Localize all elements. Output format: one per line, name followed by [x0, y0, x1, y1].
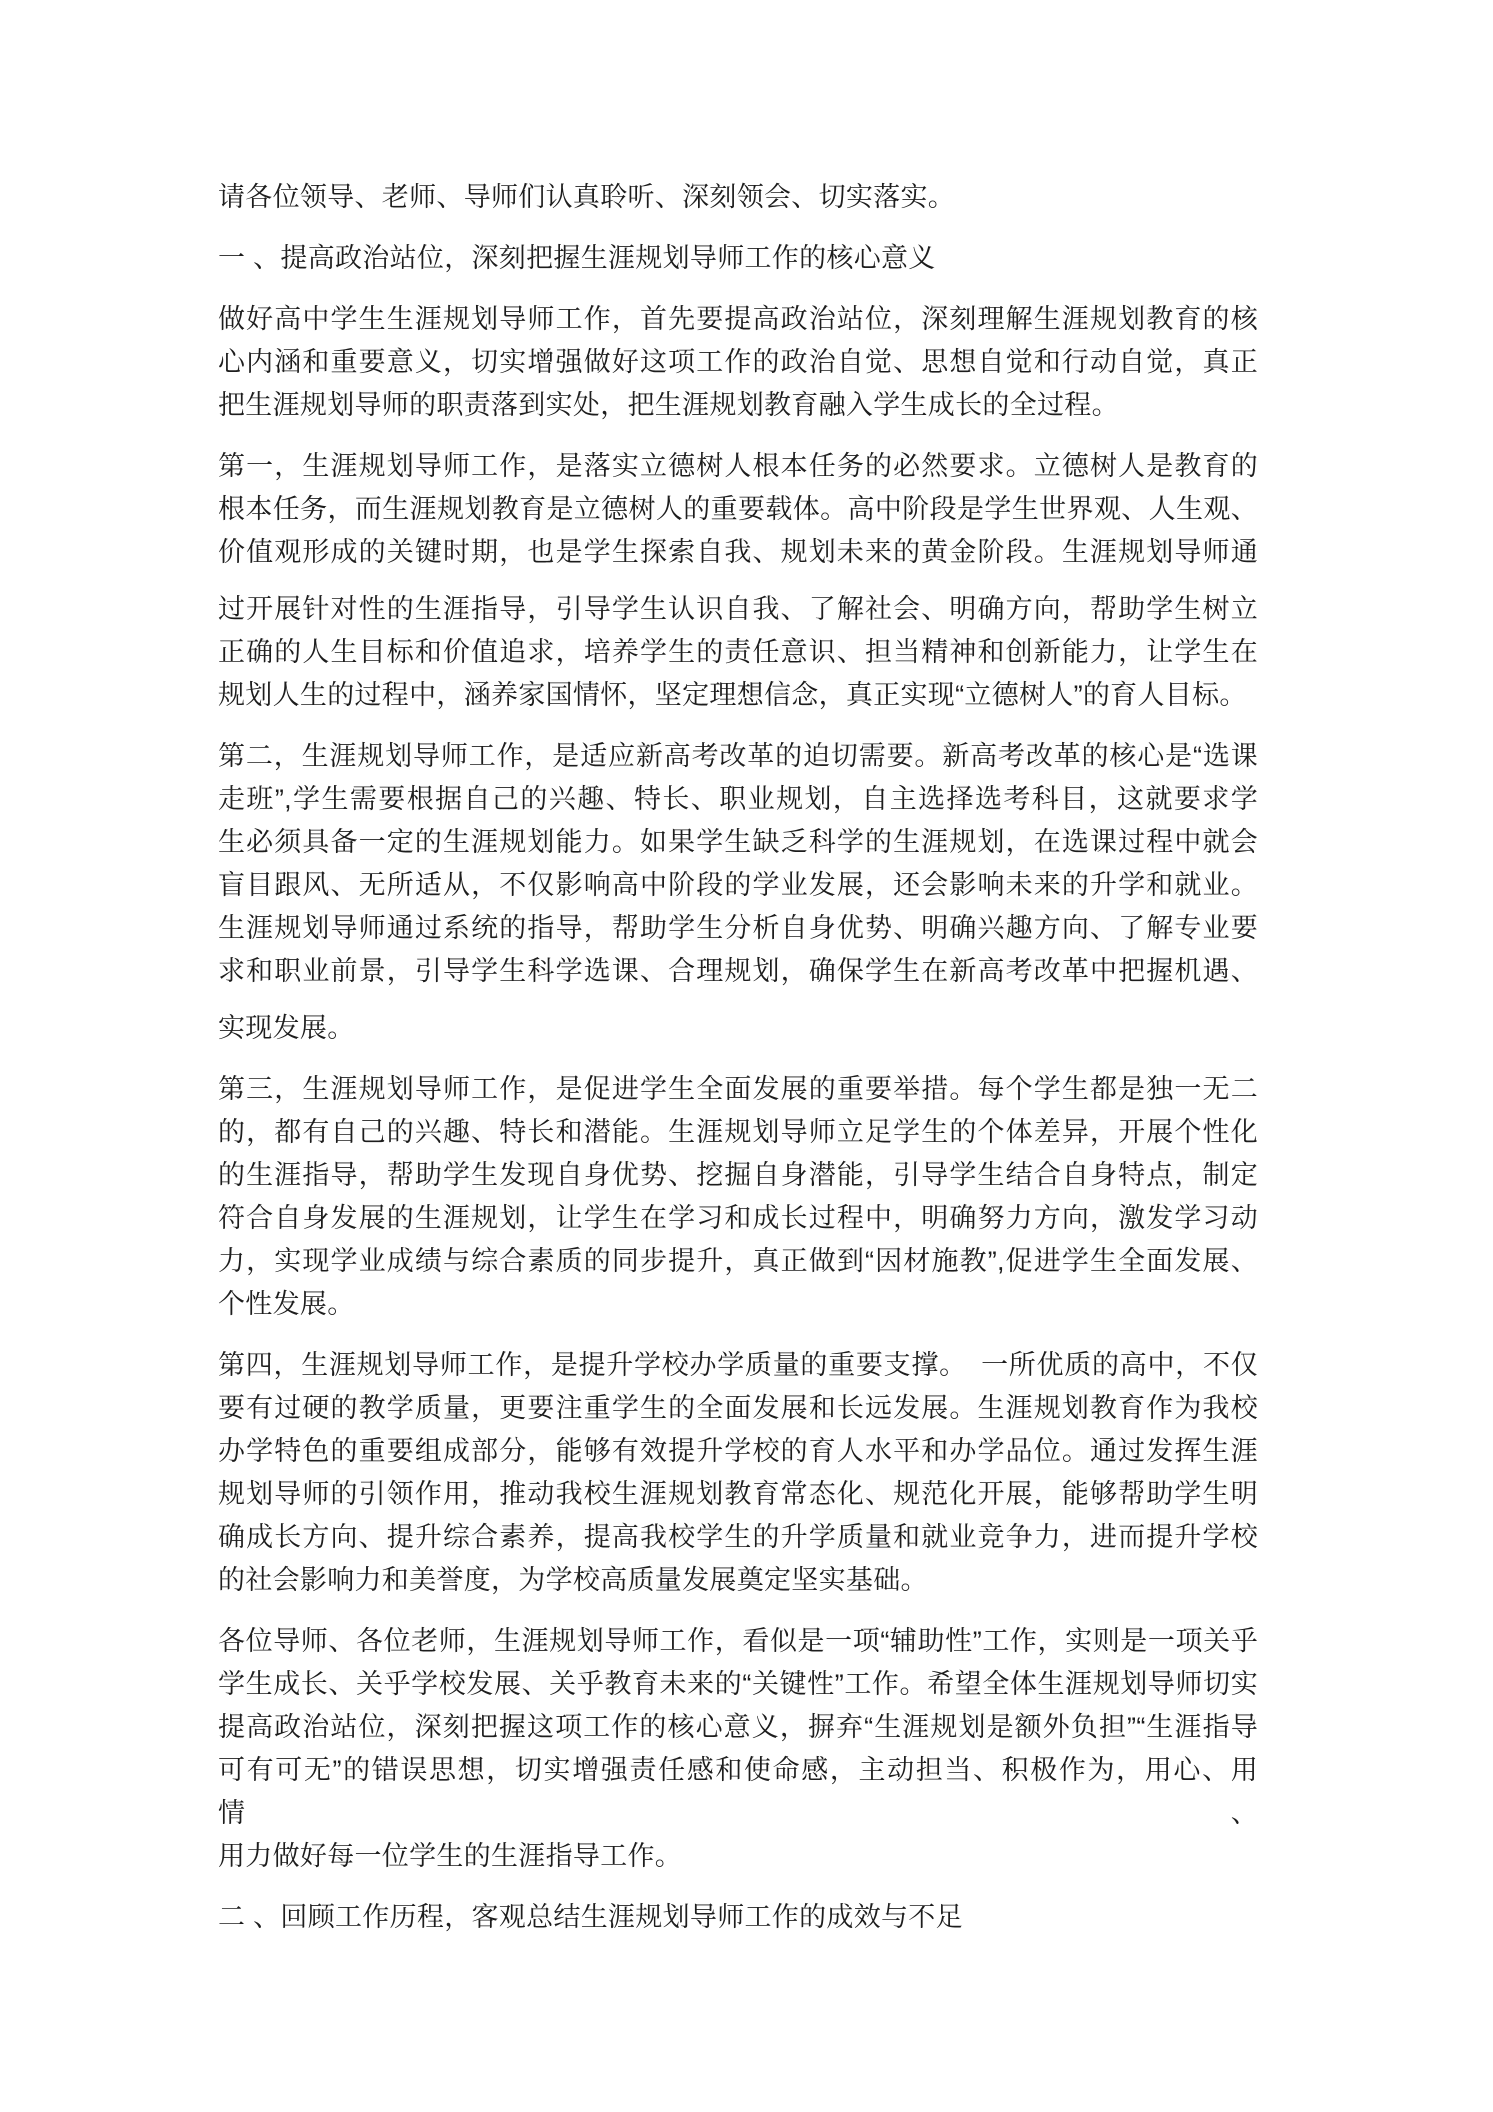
paragraph: 各位导师、各位老师，生涯规划导师工作，看似是一项“辅助性”工作，实则是一项关乎学…: [218, 1620, 1258, 1878]
text-line: 确成长方向、提升综合素养，提高我校学生的升学质量和就业竞争力，进而提升学校: [218, 1516, 1258, 1559]
paragraph: 第二，生涯规划导师工作，是适应新高考改革的迫切需要。新高考改革的核心是“选课走班…: [218, 735, 1258, 1050]
text-line: 第一，生涯规划导师工作，是落实立德树人根本任务的必然要求。立德树人是教育的: [218, 445, 1258, 488]
text-line: 做好高中学生生涯规划导师工作，首先要提高政治站位，深刻理解生涯规划教育的核: [218, 298, 1258, 341]
text-line: 第三，生涯规划导师工作，是促进学生全面发展的重要举措。每个学生都是独一无二: [218, 1068, 1258, 1111]
text-line: 办学特色的重要组成部分，能够有效提升学校的育人水平和办学品位。通过发挥生涯: [218, 1430, 1258, 1473]
section-heading: 二 、回顾工作历程，客观总结生涯规划导师工作的成效与不足: [218, 1896, 1258, 1939]
text-line: 的社会影响力和美誉度，为学校高质量发展奠定坚实基础。: [218, 1559, 1258, 1602]
text-line: 规划人生的过程中，涵养家国情怀，坚定理想信念，真正实现“立德树人”的育人目标。: [218, 674, 1258, 717]
text-line: 一 、提高政治站位，深刻把握生涯规划导师工作的核心意义: [218, 237, 1258, 280]
text-line: 求和职业前景，引导学生科学选课、合理规划，确保学生在新高考改革中把握机遇、: [218, 950, 1258, 993]
text-line: 符合自身发展的生涯规划，让学生在学习和成长过程中，明确努力方向，激发学习动: [218, 1197, 1258, 1240]
text-line: 各位导师、各位老师，生涯规划导师工作，看似是一项“辅助性”工作，实则是一项关乎: [218, 1620, 1258, 1663]
text-line: 价值观形成的关键时期，也是学生探索自我、规划未来的黄金阶段。生涯规划导师通: [218, 531, 1258, 574]
text-line: 的生涯指导，帮助学生发现自身优势、挖掘自身潜能，引导学生结合自身特点，制定: [218, 1154, 1258, 1197]
text-line: 生必须具备一定的生涯规划能力。如果学生缺乏科学的生涯规划，在选课过程中就会: [218, 821, 1258, 864]
text-line: 心内涵和重要意义，切实增强做好这项工作的政治自觉、思想自觉和行动自觉，真正: [218, 341, 1258, 384]
text-line: 把生涯规划导师的职责落到实处，把生涯规划教育融入学生成长的全过程。: [218, 384, 1258, 427]
text-line: 生涯规划导师通过系统的指导，帮助学生分析自身优势、明确兴趣方向、了解专业要: [218, 907, 1258, 950]
paragraph: 第三，生涯规划导师工作，是促进学生全面发展的重要举措。每个学生都是独一无二的，都…: [218, 1068, 1258, 1326]
paragraph: 请各位领导、老师、导师们认真聆听、深刻领会、切实落实。: [218, 176, 1258, 219]
text-line: 学生成长、关乎学校发展、关乎教育未来的“关键性”工作。希望全体生涯规划导师切实: [218, 1663, 1258, 1706]
text-line: 过开展针对性的生涯指导，引导学生认识自我、了解社会、明确方向，帮助学生树立: [218, 588, 1258, 631]
text-line: 提高政治站位，深刻把握这项工作的核心意义，摒弃“生涯规划是额外负担”“生涯指导: [218, 1706, 1258, 1749]
text-line: 走班”,学生需要根据自己的兴趣、特长、职业规划，自主选择选考科目，这就要求学: [218, 778, 1258, 821]
text-line: 的，都有自己的兴趣、特长和潜能。生涯规划导师立足学生的个体差异，开展个性化: [218, 1111, 1258, 1154]
document-page: 请各位领导、老师、导师们认真聆听、深刻领会、切实落实。一 、提高政治站位，深刻把…: [0, 0, 1493, 2112]
text-line: 实现发展。: [218, 1007, 1258, 1050]
text-line: 盲目跟风、无所适从，不仅影响高中阶段的学业发展，还会影响未来的升学和就业。: [218, 864, 1258, 907]
text-line: 根本任务，而生涯规划教育是立德树人的重要载体。高中阶段是学生世界观、人生观、: [218, 488, 1258, 531]
text-line: 力，实现学业成绩与综合素质的同步提升，真正做到“因材施教”,促进学生全面发展、: [218, 1240, 1258, 1283]
paragraph: 第四，生涯规划导师工作，是提升学校办学质量的重要支撑。 一所优质的高中，不仅要有…: [218, 1344, 1258, 1602]
paragraph: 做好高中学生生涯规划导师工作，首先要提高政治站位，深刻理解生涯规划教育的核心内涵…: [218, 298, 1258, 427]
text-line: 规划导师的引领作用，推动我校生涯规划教育常态化、规范化开展，能够帮助学生明: [218, 1473, 1258, 1516]
document-content: 请各位领导、老师、导师们认真聆听、深刻领会、切实落实。一 、提高政治站位，深刻把…: [218, 176, 1258, 1939]
paragraph: 第一，生涯规划导师工作，是落实立德树人根本任务的必然要求。立德树人是教育的根本任…: [218, 445, 1258, 717]
text-line: 请各位领导、老师、导师们认真聆听、深刻领会、切实落实。: [218, 176, 1258, 219]
text-line: 二 、回顾工作历程，客观总结生涯规划导师工作的成效与不足: [218, 1896, 1258, 1939]
text-line: 个性发展。: [218, 1283, 1258, 1326]
text-line: 第四，生涯规划导师工作，是提升学校办学质量的重要支撑。 一所优质的高中，不仅: [218, 1344, 1258, 1387]
text-line: 第二，生涯规划导师工作，是适应新高考改革的迫切需要。新高考改革的核心是“选课: [218, 735, 1258, 778]
text-line: 用力做好每一位学生的生涯指导工作。: [218, 1835, 1258, 1878]
text-line: 要有过硬的教学质量，更要注重学生的全面发展和长远发展。生涯规划教育作为我校: [218, 1387, 1258, 1430]
text-line: 可有可无”的错误思想，切实增强责任感和使命感，主动担当、积极作为，用心、用情、: [218, 1749, 1258, 1835]
text-line: 正确的人生目标和价值追求，培养学生的责任意识、担当精神和创新能力，让学生在: [218, 631, 1258, 674]
section-heading: 一 、提高政治站位，深刻把握生涯规划导师工作的核心意义: [218, 237, 1258, 280]
